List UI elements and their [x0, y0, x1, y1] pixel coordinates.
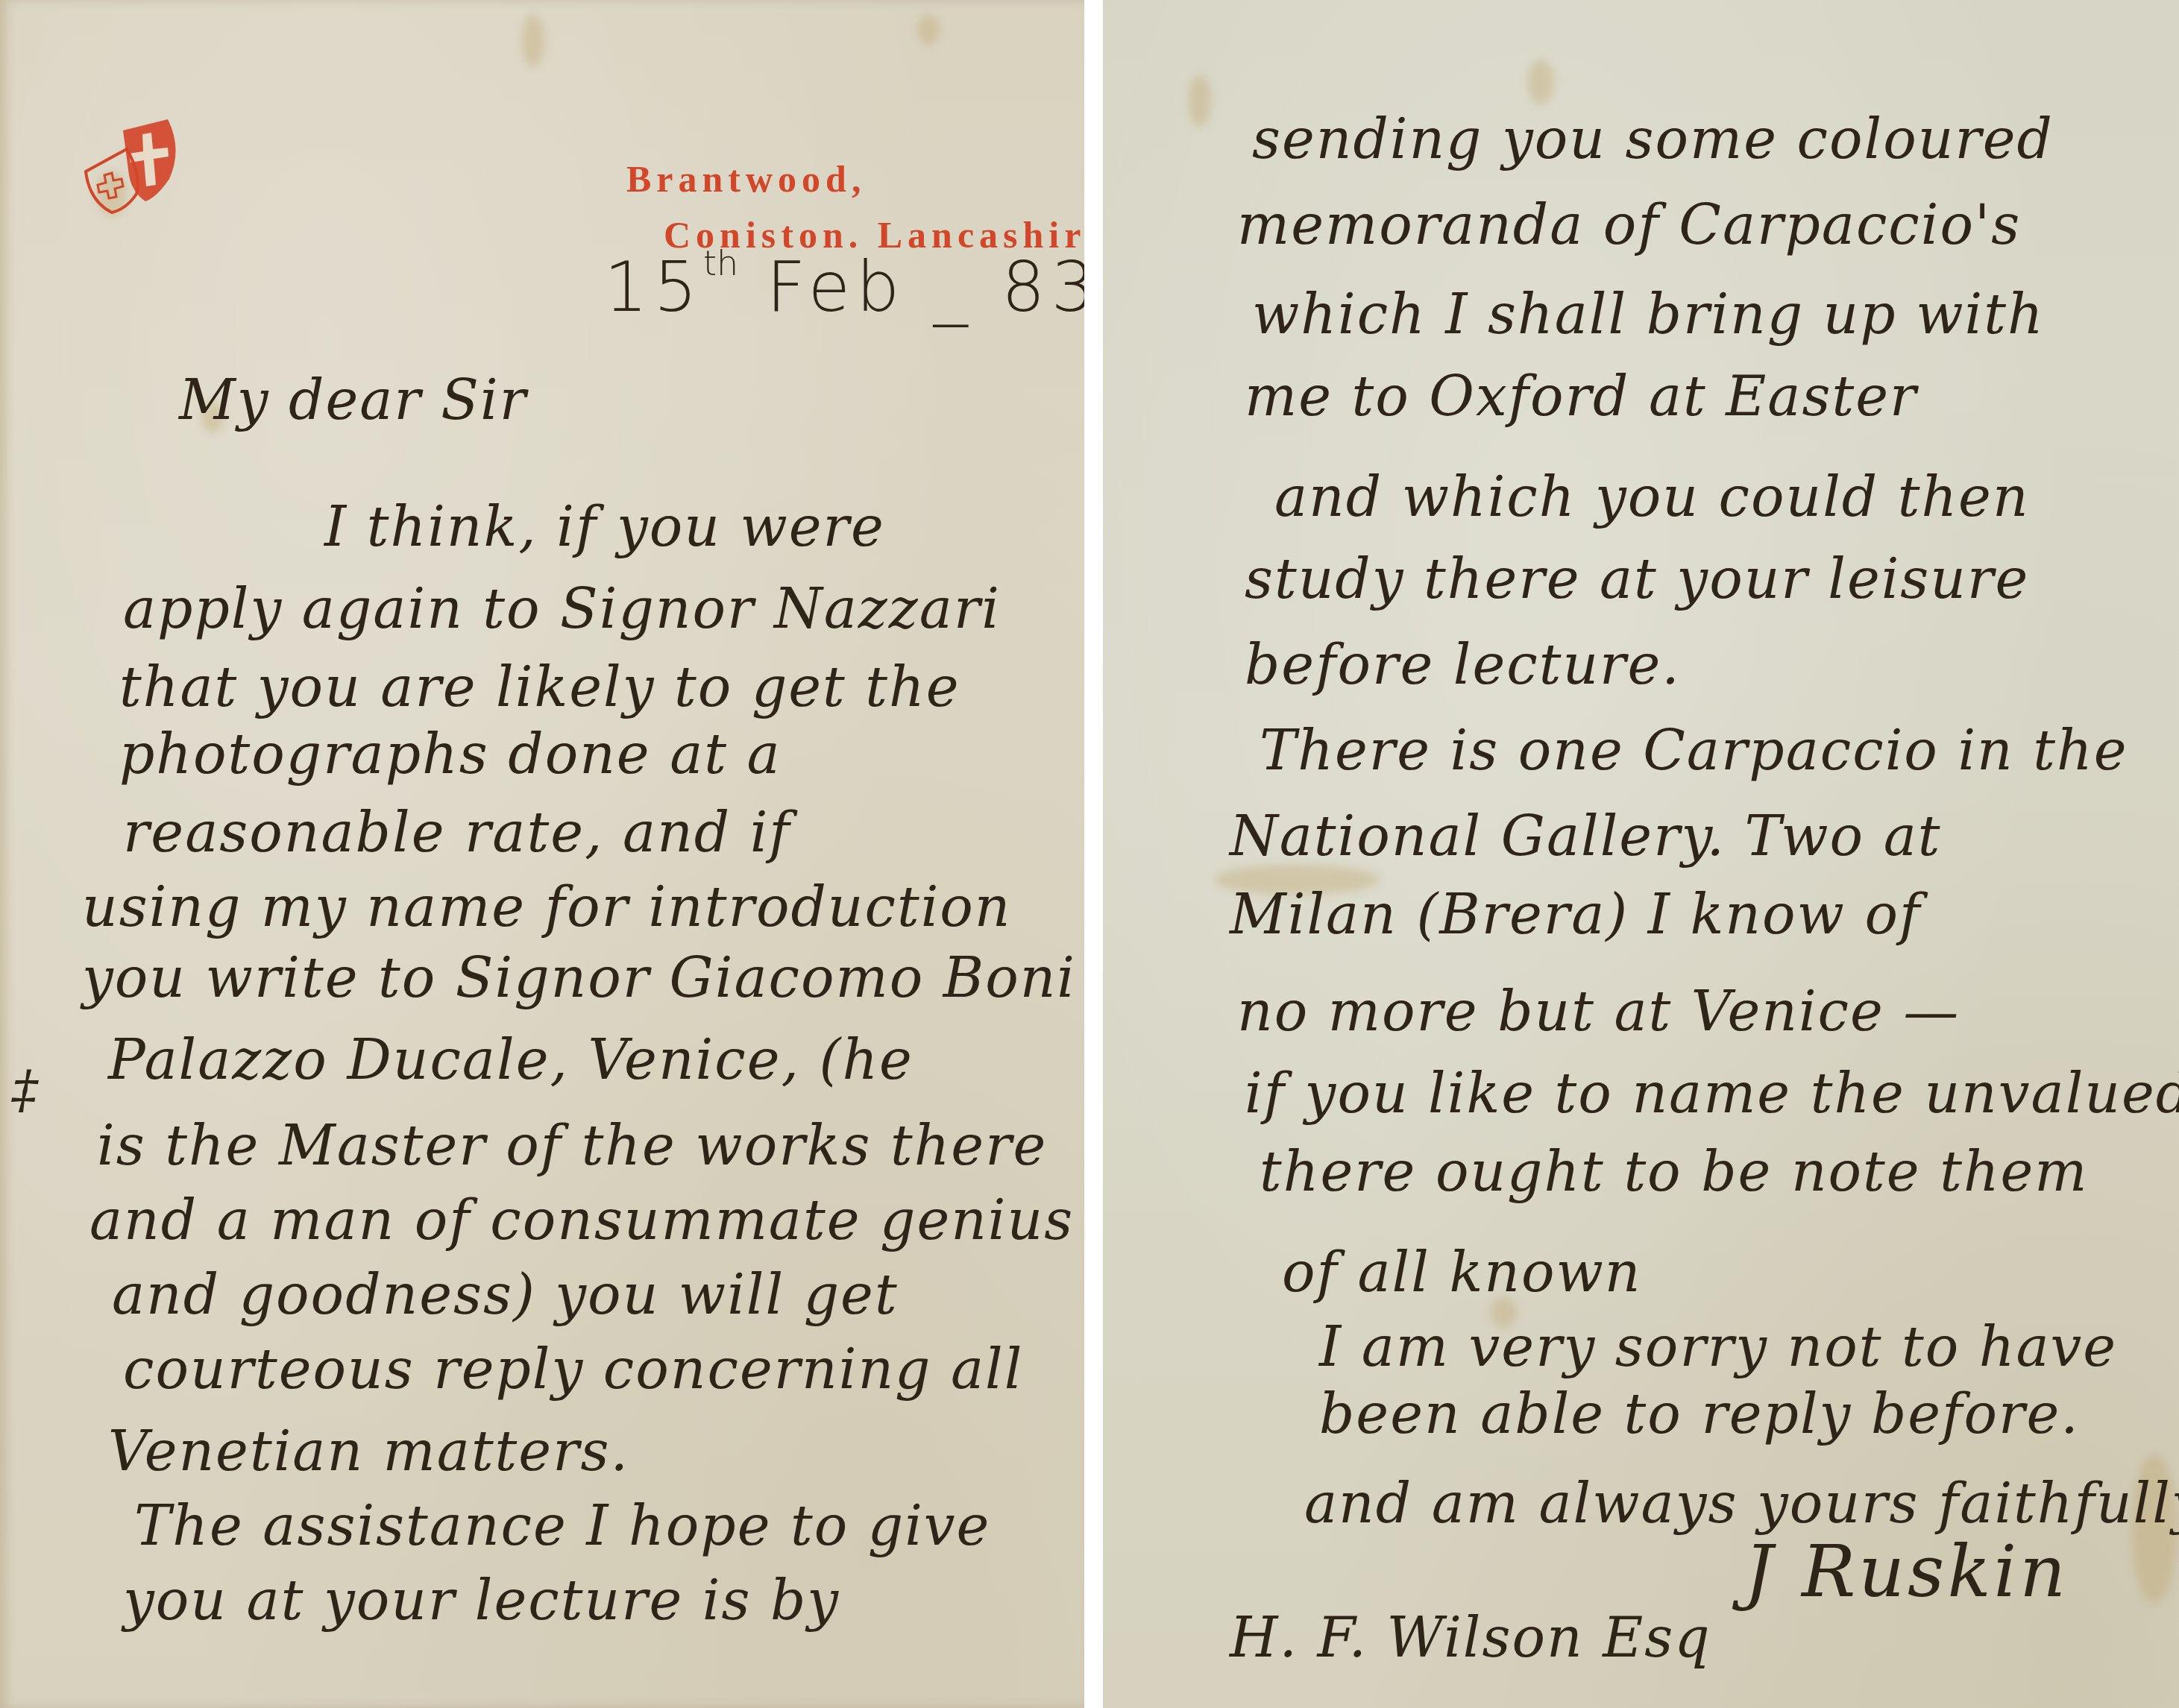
letter-line: you at your lecture is by: [123, 1573, 840, 1628]
paper-stain: [1189, 75, 1211, 127]
letter-line: is the Master of the works there: [97, 1118, 1047, 1173]
page-gutter: [1084, 0, 1103, 1708]
letter-line: and am always yours faithfully: [1304, 1476, 2179, 1531]
letter-line: there ought to be note them: [1260, 1144, 2089, 1200]
addressee: H. F. Wilson Esq: [1230, 1610, 1711, 1666]
letter-line: memoranda of Carpaccio's: [1237, 198, 2021, 253]
crest-icon: [71, 104, 183, 216]
letter-line: which I shall bring up with: [1252, 287, 2045, 342]
letterhead-line-1: Brantwood,: [626, 160, 866, 198]
paper-stain: [917, 15, 940, 45]
letter-line: and which you could then: [1274, 470, 2030, 525]
paper-stain: [1528, 60, 1554, 104]
letter-line: been able to reply before.: [1319, 1387, 2080, 1442]
letter-line: no more but at Venice —: [1237, 984, 1960, 1039]
letter-line: if you like to name the unvalued: [1245, 1066, 2179, 1121]
letter-date: 15th Feb _ 83: [604, 246, 1084, 322]
letter-line: The assistance I hope to give: [134, 1499, 990, 1554]
letter-line: and goodness) you will get: [112, 1267, 899, 1323]
letter-line: of all known: [1282, 1245, 1642, 1300]
letter-line: There is one Carpaccio in the: [1260, 723, 2128, 778]
letter-line: study there at your leisure: [1245, 552, 2029, 607]
letter-line: you write to Signor Giacomo Boni: [82, 951, 1076, 1006]
letter-line: and a man of consummate genius: [89, 1193, 1074, 1248]
letter-line: me to Oxford at Easter: [1245, 369, 1917, 424]
date-rest: Feb _ 83: [767, 248, 1084, 327]
letter-line: before lecture.: [1245, 637, 1681, 693]
letter-line: that you are likely to get the: [119, 660, 960, 715]
letter-line: apply again to Signor Nazzari: [123, 582, 1001, 637]
letter-line: I am very sorry not to have: [1319, 1320, 2117, 1375]
letter-line: using my name for introduction: [82, 880, 1012, 935]
date-suffix: th: [703, 243, 738, 283]
signature: J Ruskin: [1744, 1536, 2069, 1607]
letter-line: Milan (Brera) I know of: [1230, 887, 1921, 942]
letter-line: courteous reply concerning all: [123, 1342, 1023, 1397]
letter-page-right: sending you some coloured memoranda of C…: [1103, 0, 2179, 1708]
letter-line: reasonable rate, and if: [123, 805, 791, 860]
letter-line: photographs done at a: [119, 727, 782, 782]
margin-mark: ‡: [12, 1059, 38, 1120]
letter-page-left: Brantwood, Coniston. Lancashire. 15th Fe…: [0, 0, 1084, 1708]
paper-stain: [522, 15, 544, 67]
letter-line: Palazzo Ducale, Venice, (he: [108, 1033, 914, 1088]
letter-line: I think, if you were: [324, 500, 885, 555]
letter-line: sending you some coloured: [1252, 112, 2054, 167]
letter-line: Venetian matters.: [108, 1424, 629, 1479]
date-day: 15: [604, 248, 703, 327]
letter-line: National Gallery. Two at: [1230, 809, 1942, 864]
salutation: My dear Sir: [179, 373, 527, 428]
